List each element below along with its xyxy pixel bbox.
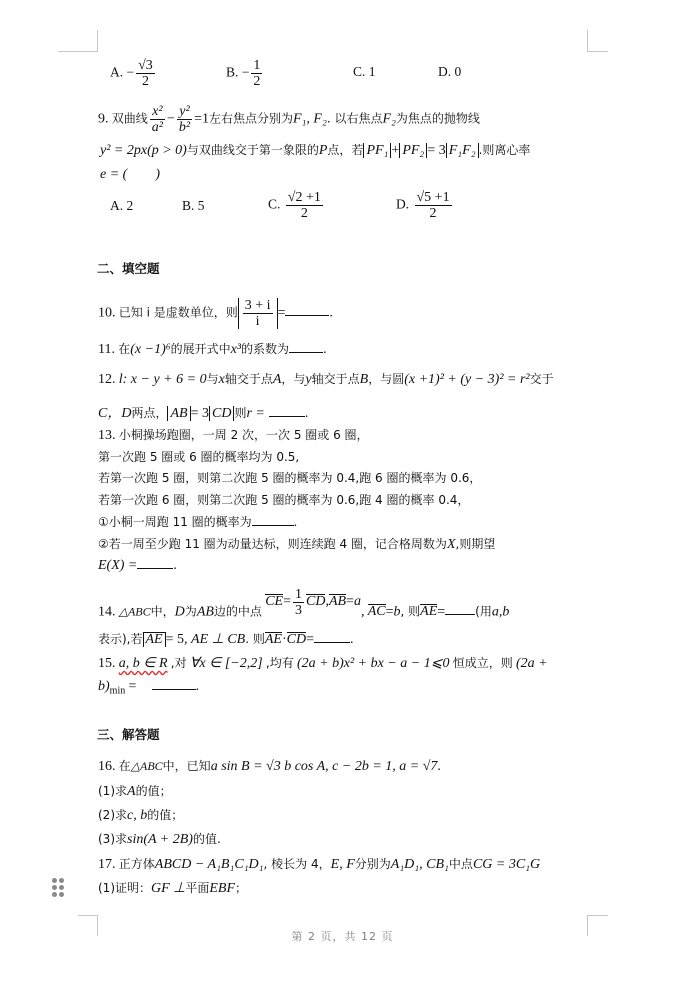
fraction: 3 + ii (243, 298, 273, 329)
text: 在 (118, 342, 130, 356)
abs-vector-ae: AE (143, 632, 166, 647)
punct: , (361, 604, 365, 619)
fraction: √32 (136, 58, 155, 89)
part-label: (3)求 (98, 832, 127, 846)
fraction-x2-a2: x²a² (150, 104, 165, 135)
vector-ac: AC (368, 604, 386, 619)
dot (52, 892, 57, 897)
denominator: b² (177, 120, 192, 135)
numerator: x² (150, 104, 164, 120)
numerator: y² (177, 104, 191, 120)
text: 轴交于点 (225, 372, 273, 386)
text: . 以右焦点 (327, 111, 383, 125)
choice-label: A. (110, 65, 123, 80)
corner-mark-top-left (58, 30, 98, 52)
math-triangle: △ABC (131, 759, 163, 773)
numerator: √2 +1 (286, 190, 323, 206)
text: 正方体 (119, 857, 155, 871)
fraction: 12 (251, 58, 262, 89)
math-perp: GF ⊥ (151, 881, 185, 896)
denominator: i (254, 314, 262, 329)
part-label: (1)求 (98, 784, 127, 798)
q9-line3: e = ( ) (100, 165, 160, 184)
minus-sign: − (127, 65, 135, 80)
answer-blank[interactable] (289, 340, 323, 353)
math-triangle: △ABC (119, 604, 151, 618)
section-title-solutions: 三、解答题 (97, 726, 160, 744)
question-number: 11. (98, 342, 115, 357)
text: 与 (207, 372, 219, 386)
operator: = (278, 305, 286, 320)
minus-sign: − (242, 65, 250, 80)
math-x: X (447, 537, 456, 552)
punct: . (294, 515, 298, 530)
punct: . (196, 679, 200, 694)
numerator: 1 (293, 587, 304, 603)
q16: 16. 在△ABC中，已知a sin B = √3 b cos A, c − 2… (98, 757, 441, 776)
q8-choice-b: B. −12 (226, 58, 264, 89)
denominator: 3 (293, 603, 304, 618)
text: 中， (151, 604, 175, 618)
denominator: 2 (140, 74, 151, 89)
math-tail: (2a + (516, 656, 548, 671)
text: 则 (234, 406, 246, 420)
text: .则离心率 (479, 143, 531, 157)
q9-line1: 9. 双曲线x²a²−y²b²=1左右焦点分别为F₁, F₂. 以右焦点F₂为焦… (98, 104, 480, 135)
math-var: c, b (127, 808, 147, 823)
dot (59, 878, 64, 883)
choice-value: 5 (198, 198, 205, 213)
q9-choice-c: C. √2 +12 (268, 190, 325, 221)
text: 交于 (530, 372, 554, 386)
math-b: b) (98, 679, 110, 694)
numerator: 1 (251, 58, 262, 74)
choice-label: A. (110, 198, 123, 213)
drag-handle-icon[interactable] (52, 878, 66, 898)
denominator: 2 (251, 74, 262, 89)
math-cube: ABCD − A₁B₁C₁D₁ (155, 857, 264, 872)
abs-pf2: PF₂ (399, 143, 427, 158)
denominator: 2 (428, 206, 439, 221)
question-number: 14. (98, 604, 116, 619)
text: (用 (475, 604, 492, 618)
math-term: x³ (231, 342, 241, 357)
punct: . (323, 342, 327, 357)
abs-f1f2: F₁F₂ (446, 143, 479, 158)
operator: = (386, 604, 394, 619)
abs-pf1: PF₁ (363, 143, 391, 158)
math-plane: EBF (209, 881, 235, 896)
vector-cd: CD (306, 594, 325, 609)
question-number: 9. (98, 111, 109, 126)
text: 的值； (136, 784, 172, 798)
answer-blank[interactable] (314, 630, 350, 643)
q8-choice-c: C. 1 (353, 64, 376, 80)
operator: = 3 (427, 143, 445, 158)
text: 两点， (131, 406, 167, 420)
vector-cd: CD (287, 632, 306, 647)
math-expectation: E(X) = (98, 558, 137, 573)
math-parabola: y² = 2px(p > 0) (100, 143, 187, 158)
dot (59, 892, 64, 897)
abs-ab: AB (167, 406, 190, 421)
choice-value: 0 (455, 64, 462, 79)
q12-line2: C，D两点，AB= 3CD则r =. (98, 404, 308, 423)
operator: = (283, 594, 291, 609)
q16-part2: (2)求c, b的值； (98, 806, 183, 825)
operator: = 3 (191, 406, 209, 421)
text: , 则 (401, 604, 421, 618)
choice-label: B. (182, 198, 194, 213)
answer-blank[interactable] (152, 677, 196, 690)
math-line-eq: l: x − y + 6 = 0 (119, 372, 207, 387)
q13-line3: 若第一次跑 5 圈，则第二次跑 5 圈的概率为 0.4,跑 6 圈的概率为 0.… (98, 469, 481, 487)
q8-choice-d: D. 0 (438, 64, 461, 80)
abs-fraction: 3 + ii (238, 298, 278, 329)
question-number: 10. (98, 305, 116, 320)
operator: = (346, 594, 354, 609)
q13-line2: 第一次跑 5 圈或 6 圈的概率均为 0.5, (98, 448, 299, 466)
text: 平面 (185, 881, 209, 895)
vector-b: b (394, 604, 401, 619)
math-var: A (127, 784, 136, 799)
text: ，与 (281, 372, 305, 386)
corner-mark-top-right (587, 30, 608, 52)
text: ,对 (171, 656, 187, 670)
operator: − (167, 111, 175, 126)
text: 中，已知 (163, 759, 211, 773)
text: ②若一周至少跑 11 圈为动量达标，则连续跑 4 圈，记合格周数为 (98, 537, 447, 551)
q8-choice-a: A. −√32 (110, 58, 157, 89)
q13-part2-line2: E(X) =. (98, 556, 177, 575)
math-ab: AB (197, 604, 214, 619)
math-vars: a, b ∈ R (119, 656, 168, 671)
part-label: (2)求 (98, 808, 127, 822)
q9-choice-a: A. 2 (110, 198, 133, 214)
numerator: 3 + i (243, 298, 273, 314)
text: . 则 (245, 632, 265, 646)
denominator: a² (150, 120, 165, 135)
punct: . (350, 632, 354, 647)
vector-ab: AB (329, 594, 346, 609)
text: 轴交于点 (312, 372, 360, 386)
operator: + (391, 143, 399, 158)
vector-ae: AE (420, 604, 437, 619)
q12-line1: 12. l: x − y + 6 = 0与x轴交于点A，与y轴交于点B，与圆(x… (98, 370, 554, 389)
answer-paren: e = ( ) (100, 167, 160, 182)
part-label: (1)证明： (98, 881, 151, 895)
numerator: √3 (136, 58, 155, 74)
math-cg: CG = 3C₁G (473, 857, 540, 872)
text: 点，若 (327, 143, 363, 157)
question-number: 17. (98, 857, 116, 872)
text: 左右焦点分别为 (209, 111, 293, 125)
math-var: sin(A + 2B) (127, 832, 193, 847)
subscript-min: min (110, 686, 126, 697)
text: ①小桐一周跑 11 圈的概率为 (98, 515, 252, 529)
text: 双曲线 (112, 111, 148, 125)
text: 与双曲线交于第一象限的 (187, 143, 319, 157)
vector-relation: CE=13CD,AB=a (265, 593, 361, 608)
operator: = (128, 679, 136, 694)
math-r: r = (246, 406, 264, 421)
q14-line2: 表示),若AE= 5, AE ⊥ CB. 则AE·CD=. (98, 630, 354, 649)
denominator: 2 (299, 206, 310, 221)
q11: 11. 在(x −1)⁶的展开式中x³的系数为. (98, 340, 327, 359)
operator: = 5 (166, 632, 184, 647)
punct: ； (235, 881, 247, 895)
math-forall: ∀x ∈ [−2,2] (190, 656, 263, 671)
question-number: 12. (98, 372, 116, 387)
answer-blank[interactable] (252, 513, 294, 526)
choice-label: D. (396, 197, 409, 212)
equation-rhs: =1 (194, 111, 209, 126)
answer-blank[interactable] (269, 404, 305, 417)
choice-value: 1 (369, 64, 376, 79)
text: ,均有 (266, 656, 294, 670)
q17-part1: (1)证明：GF ⊥平面EBF； (98, 879, 247, 898)
text: 为焦点的抛物线 (396, 111, 480, 125)
text: 小桐操场跑圈，一周 2 次，一次 5 圈或 6 圈， (119, 428, 369, 442)
math-perp: , AE ⊥ CB (184, 632, 245, 647)
choice-label: D. (438, 64, 451, 79)
punct: . (305, 406, 309, 421)
abs-cd: CD (209, 406, 234, 421)
vector-ce: CE (265, 594, 283, 609)
page-footer: 第 2 页，共 12 页 (0, 928, 685, 944)
vector-ae: AE (265, 632, 282, 647)
operator: = (437, 604, 445, 619)
text: 的系数为 (241, 342, 289, 356)
punct: . (173, 558, 177, 573)
punct: . (329, 305, 333, 320)
question-number: 16. (98, 759, 116, 774)
choice-label: B. (226, 65, 238, 80)
math-b: B (360, 372, 369, 387)
dot (59, 885, 64, 890)
q16-part1: (1)求A的值； (98, 782, 172, 801)
numerator: √5 +1 (415, 190, 452, 206)
answer-blank[interactable] (285, 303, 329, 316)
q15-line1: 15. a, b ∈ R ,对 ∀x ∈ [−2,2] ,均有 (2a + b)… (98, 654, 548, 673)
q9-choice-b: B. 5 (182, 198, 205, 214)
text: 表示),若 (98, 632, 143, 646)
text: 恒成立，则 (453, 656, 513, 670)
question-number: 15. (98, 656, 116, 671)
q16-part3: (3)求sin(A + 2B)的值. (98, 830, 221, 849)
text: 的值. (193, 832, 221, 846)
answer-blank[interactable] (137, 556, 173, 569)
math-binomial: (x −1)⁶ (130, 342, 170, 357)
text: ,则期望 (456, 537, 496, 551)
q9-line2: y² = 2px(p > 0)与双曲线交于第一象限的P点，若PF₁+PF₂= 3… (100, 141, 530, 160)
dot (52, 885, 57, 890)
operator: = (306, 632, 314, 647)
math-foci: F₁, F₂ (293, 111, 327, 126)
section-title-fill-in: 二、填空题 (97, 260, 160, 278)
math-cd: C，D (98, 406, 131, 421)
math-f2: F₂ (382, 111, 395, 126)
q13-part2: ②若一周至少跑 11 圈为动量达标，则连续跑 4 圈，记合格周数为X,则期望 (98, 535, 495, 554)
math-inequality: (2a + b)x² + bx − a − 1⩽0 (297, 656, 449, 671)
text: , 棱长为 4， (264, 857, 331, 871)
math-condition: a sin B = √3 b cos A, c − 2b = 1, a = √7 (211, 759, 438, 774)
fraction: 13 (293, 587, 304, 618)
q9-choice-d: D. √5 +12 (396, 190, 454, 221)
choice-value: 2 (127, 198, 134, 213)
q15-line2: b)min = . (98, 677, 199, 701)
math-ef: E, F (331, 857, 355, 872)
choice-label: C. (268, 197, 280, 212)
text: 的值； (147, 808, 183, 822)
text: 边的中点 (214, 604, 262, 618)
math-circle: (x +1)² + (y − 3)² = r² (404, 372, 529, 387)
fraction-y2-b2: y²b² (177, 104, 192, 135)
choice-label: C. (353, 64, 365, 79)
q10: 10. 已知 i 是虚数单位，则3 + ii=. (98, 298, 333, 329)
vectors-ab: a,b (492, 604, 510, 619)
text: 已知 i 是虚数单位，则 (119, 305, 238, 319)
math-d: D (175, 604, 185, 619)
vector-a: a (354, 594, 361, 609)
punct: . (437, 759, 441, 774)
answer-blank[interactable] (445, 602, 475, 615)
text: ，与圆 (368, 372, 404, 386)
question-number: 13. (98, 428, 116, 443)
text: 的展开式中 (171, 342, 231, 356)
text: 中点 (449, 857, 473, 871)
fraction: √5 +12 (415, 190, 452, 221)
text: 在 (119, 759, 131, 773)
text: 为 (185, 604, 197, 618)
fraction: √2 +12 (286, 190, 323, 221)
dot (52, 878, 57, 883)
q14-line1: 14. △ABC中，D为AB边的中点 CE=13CD,AB=a, AC=b, 则… (98, 597, 509, 628)
q13-line4: 若第一次跑 6 圈，则第二次跑 5 圈的概率为 0.6,跑 4 圈的概率 0.4… (98, 491, 469, 509)
math-midpoints: A₁D₁, CB₁ (391, 857, 449, 872)
q17: 17. 正方体ABCD − A₁B₁C₁D₁, 棱长为 4，E, F分别为A₁D… (98, 855, 540, 874)
q13-part1: ①小桐一周跑 11 圈的概率为. (98, 513, 297, 532)
q13-line1: 13. 小桐操场跑圈，一周 2 次，一次 5 圈或 6 圈， (98, 426, 369, 445)
text: 分别为 (355, 857, 391, 871)
